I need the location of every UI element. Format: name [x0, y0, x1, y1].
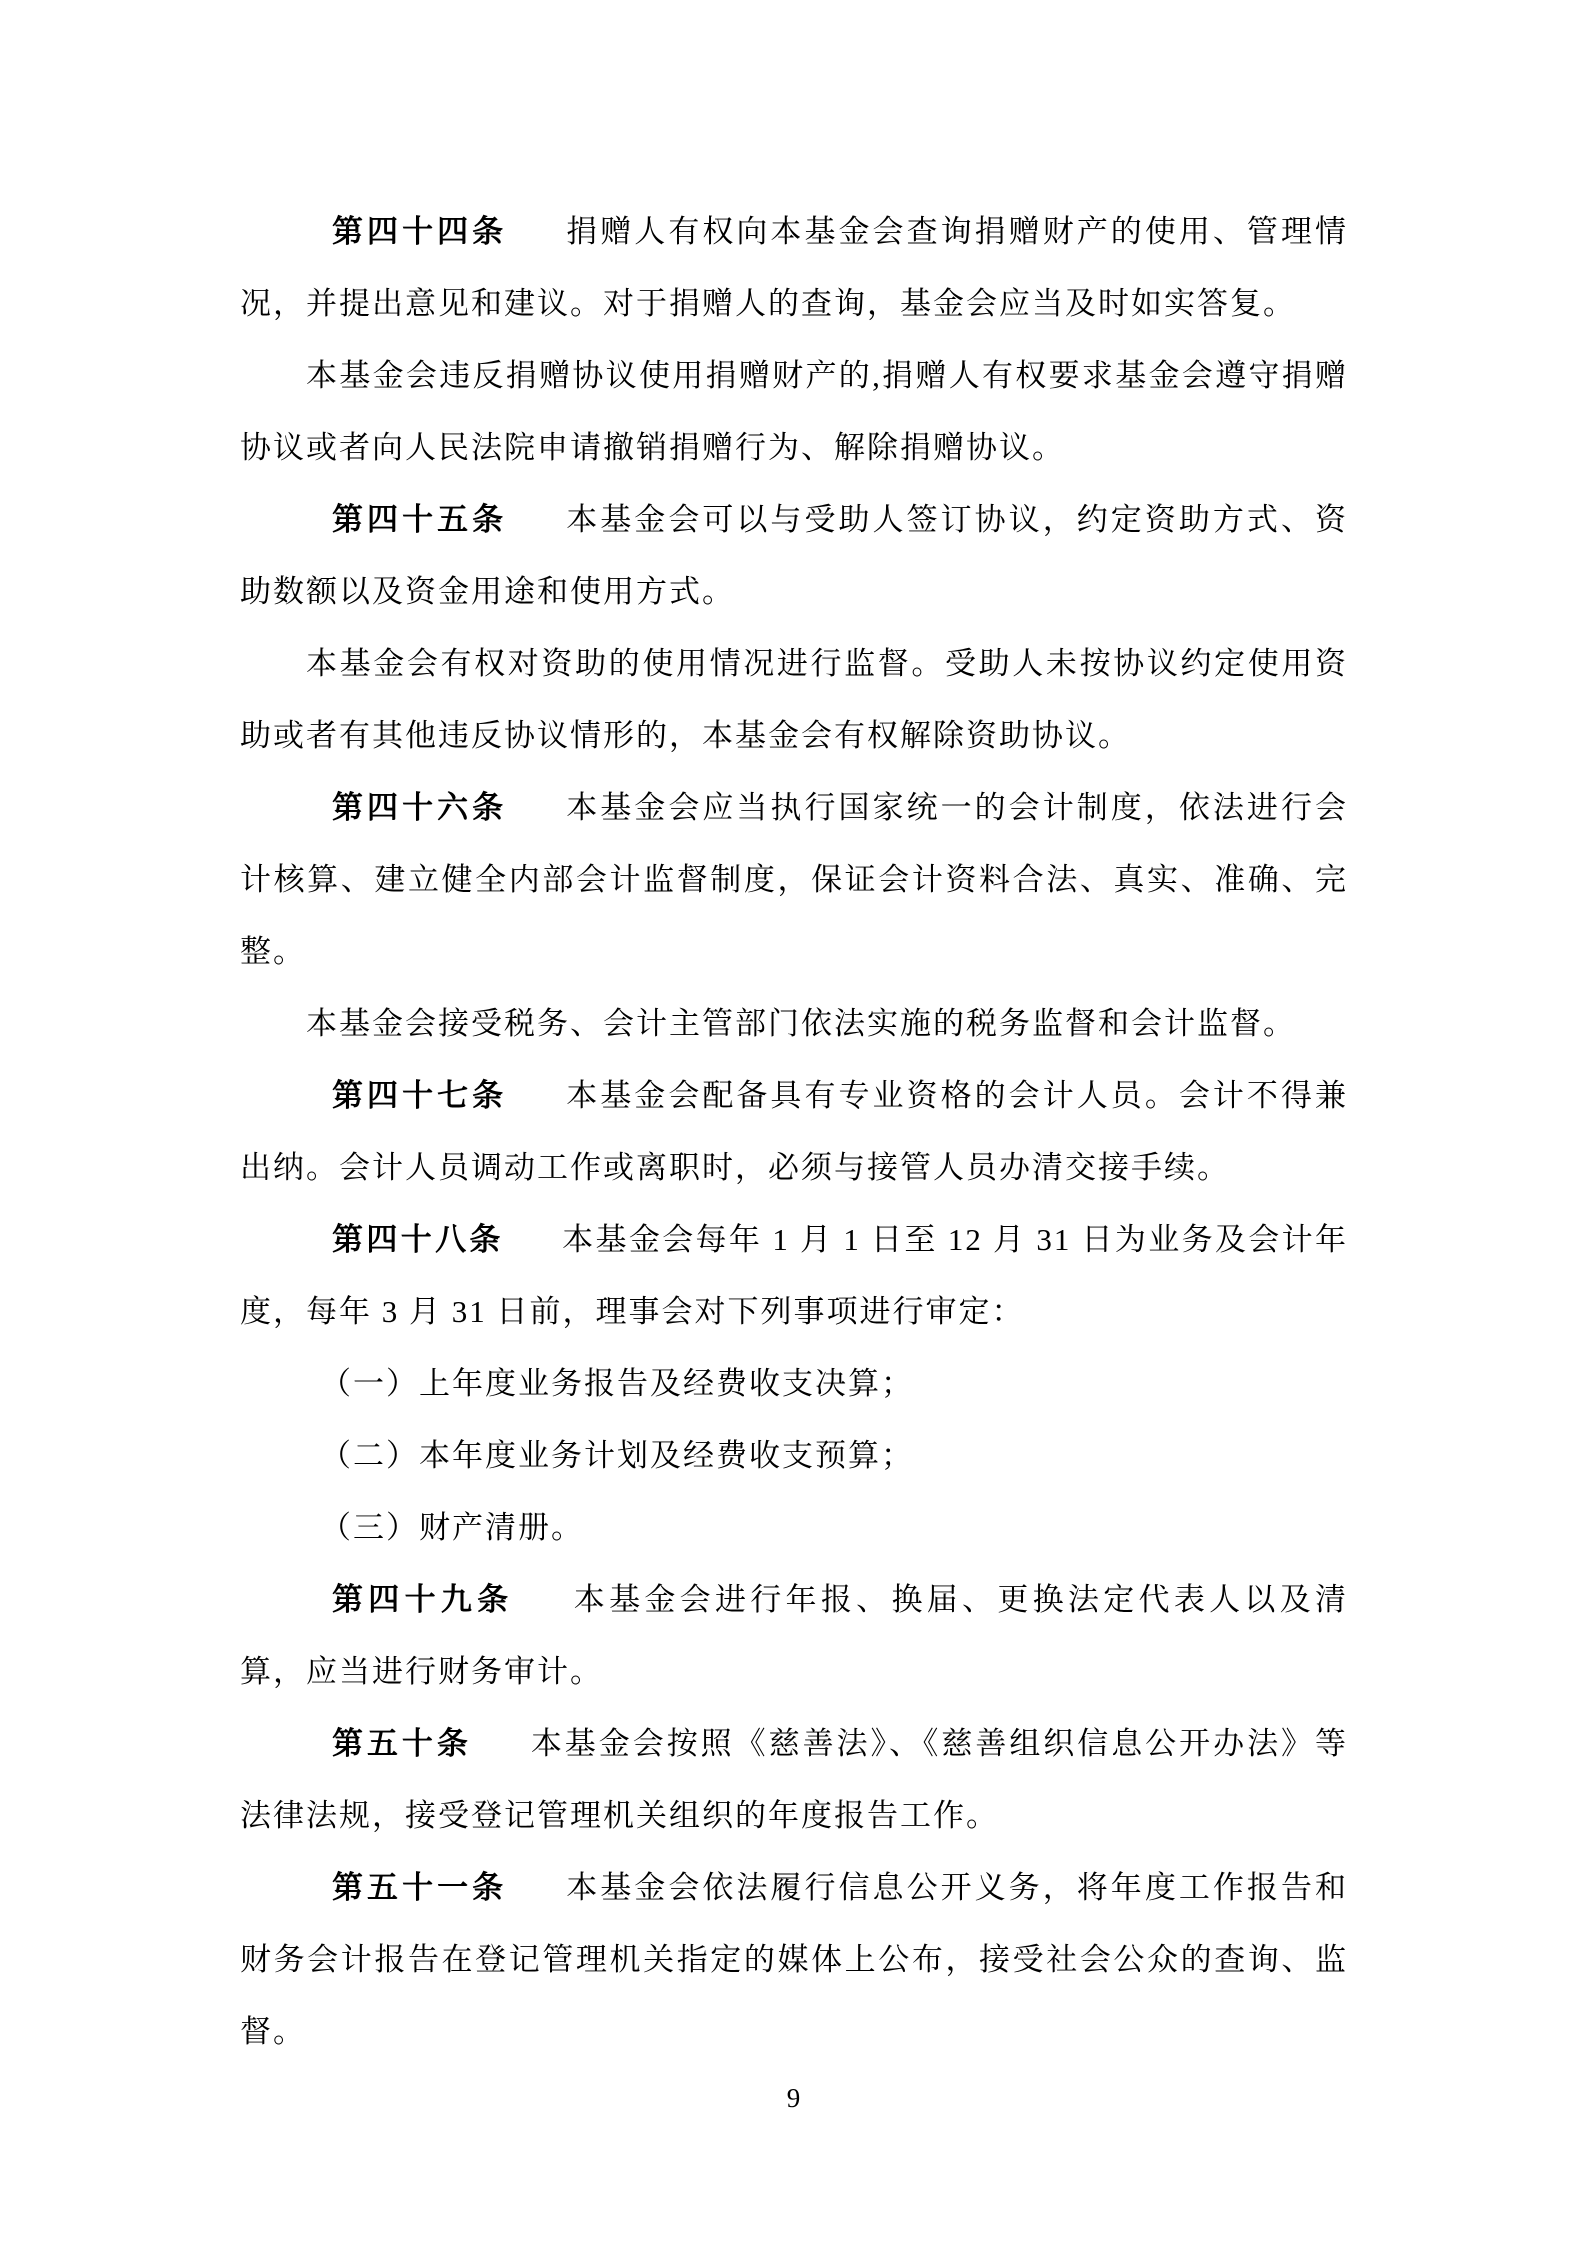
- list-item-1-text: （一）上年度业务报告及经费收支决算；: [320, 1366, 914, 1401]
- paragraph-body: 本基金会有权对资助的使用情况进行监督。受助人未按协议约定使用资助或者有其他违反协…: [240, 628, 1348, 772]
- list-item-2: （二）本年度业务计划及经费收支预算；: [240, 1420, 1348, 1492]
- list-item-3: （三）财产清册。: [240, 1492, 1348, 1564]
- article-49-number: 第四十九条: [332, 1582, 513, 1617]
- body-text: 本基金会违反捐赠协议使用捐赠财产的,捐赠人有权要求基金会遵守捐赠协议或者向人民法…: [240, 358, 1348, 465]
- document-text-block: 第四十四条捐赠人有权向本基金会查询捐赠财产的使用、管理情况，并提出意见和建议。对…: [240, 196, 1348, 2068]
- article-50-number: 第五十条: [332, 1726, 472, 1761]
- paragraph-article-48: 第四十八条本基金会每年 1 月 1 日至 12 月 31 日为业务及会计年度，每…: [240, 1204, 1348, 1348]
- body-text: 本基金会有权对资助的使用情况进行监督。受助人未按协议约定使用资助或者有其他违反协…: [240, 646, 1348, 753]
- list-item-2-text: （二）本年度业务计划及经费收支预算；: [320, 1438, 914, 1473]
- document-page: 第四十四条捐赠人有权向本基金会查询捐赠财产的使用、管理情况，并提出意见和建议。对…: [0, 0, 1587, 2245]
- paragraph-article-49: 第四十九条本基金会进行年报、换届、更换法定代表人以及清算，应当进行财务审计。: [240, 1564, 1348, 1708]
- paragraph-article-45: 第四十五条本基金会可以与受助人签订协议，约定资助方式、资助数额以及资金用途和使用…: [240, 484, 1348, 628]
- body-text: 本基金会接受税务、会计主管部门依法实施的税务监督和会计监督。: [306, 1006, 1296, 1041]
- paragraph-article-46: 第四十六条本基金会应当执行国家统一的会计制度，依法进行会计核算、建立健全内部会计…: [240, 772, 1348, 988]
- article-47-number: 第四十七条: [332, 1078, 507, 1113]
- article-45-number: 第四十五条: [332, 502, 507, 537]
- article-48-number: 第四十八条: [332, 1222, 504, 1257]
- article-46-number: 第四十六条: [332, 790, 507, 825]
- list-item-1: （一）上年度业务报告及经费收支决算；: [240, 1348, 1348, 1420]
- paragraph-article-47: 第四十七条本基金会配备具有专业资格的会计人员。会计不得兼出纳。会计人员调动工作或…: [240, 1060, 1348, 1204]
- article-51-number: 第五十一条: [332, 1870, 507, 1905]
- list-item-3-text: （三）财产清册。: [320, 1510, 584, 1545]
- paragraph-article-51: 第五十一条本基金会依法履行信息公开义务，将年度工作报告和财务会计报告在登记管理机…: [240, 1852, 1348, 2068]
- paragraph-body: 本基金会接受税务、会计主管部门依法实施的税务监督和会计监督。: [240, 988, 1348, 1060]
- paragraph-article-44: 第四十四条捐赠人有权向本基金会查询捐赠财产的使用、管理情况，并提出意见和建议。对…: [240, 196, 1348, 340]
- paragraph-article-50: 第五十条本基金会按照《慈善法》、《慈善组织信息公开办法》等法律法规，接受登记管理…: [240, 1708, 1348, 1852]
- page-number: 9: [0, 2082, 1587, 2114]
- paragraph-body: 本基金会违反捐赠协议使用捐赠财产的,捐赠人有权要求基金会遵守捐赠协议或者向人民法…: [240, 340, 1348, 484]
- article-44-number: 第四十四条: [332, 214, 507, 249]
